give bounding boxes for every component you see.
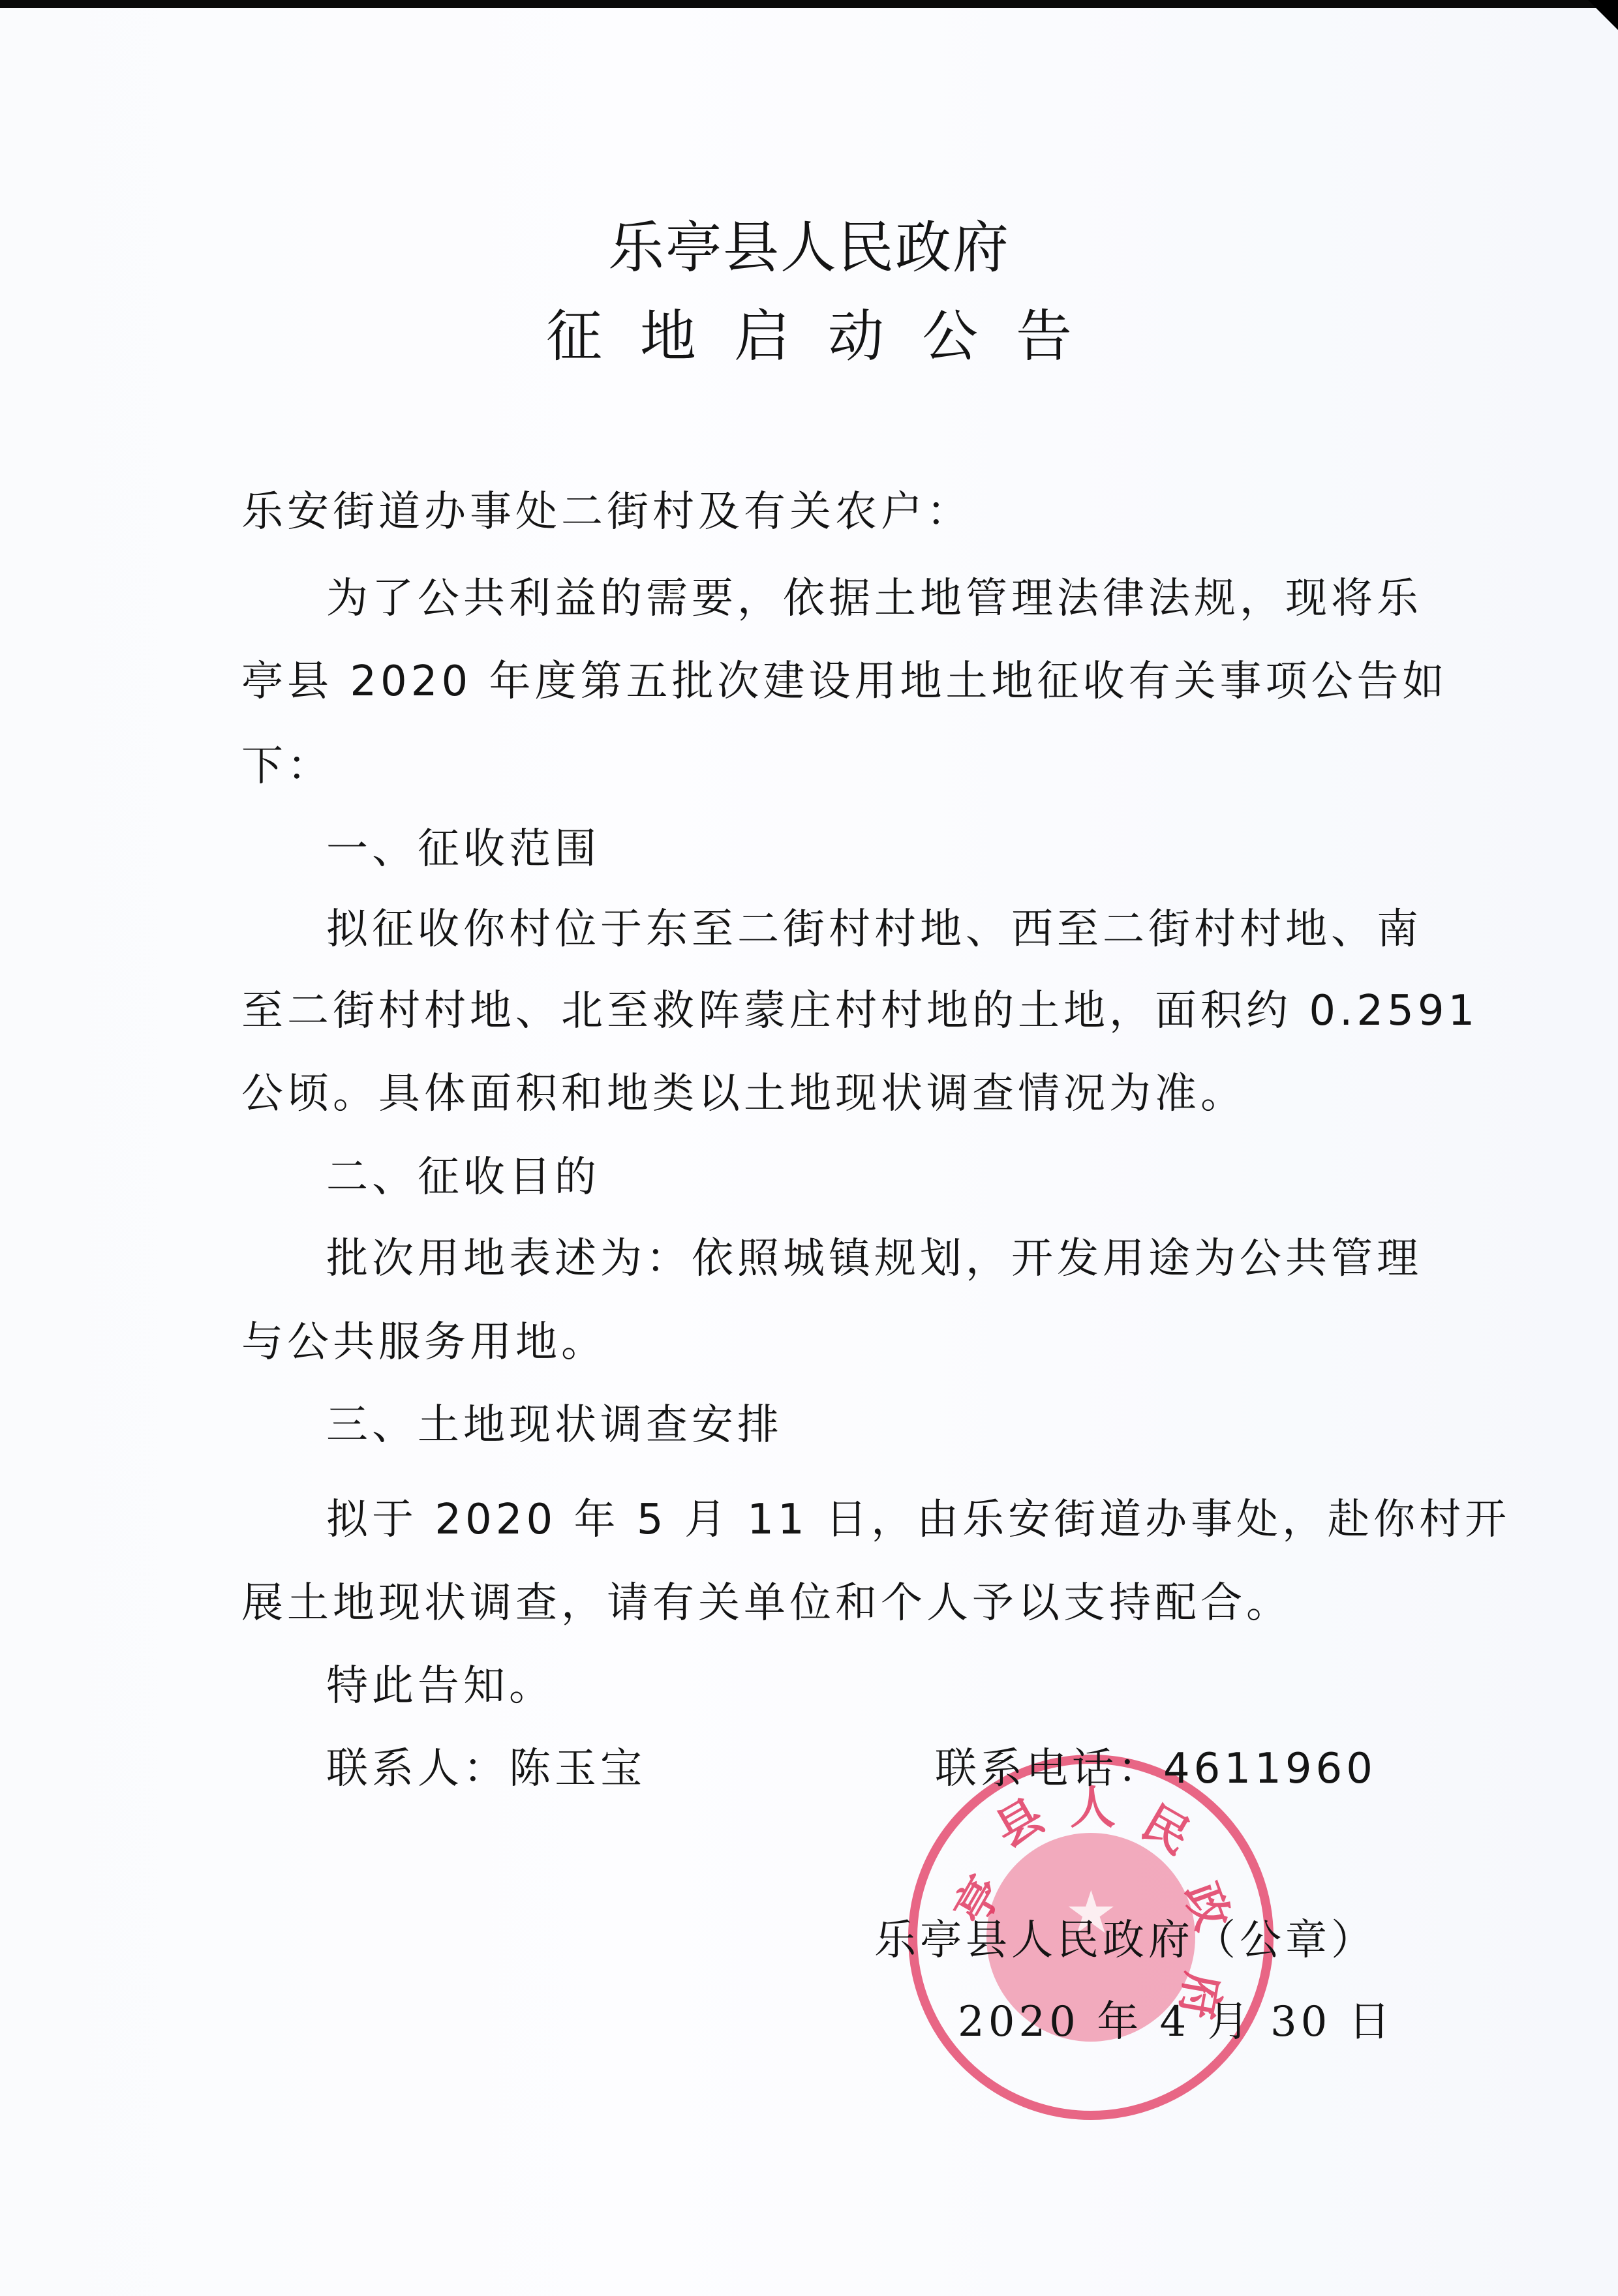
section-heading-survey: 三、土地现状调查安排: [326, 1399, 1468, 1451]
scan-top-edge: [0, 0, 1618, 8]
section-heading-scope: 一、征收范围: [326, 823, 1468, 875]
intro-line-1: 为了公共利益的需要，依据土地管理法律法规，现将乐: [326, 573, 1468, 625]
survey-line-1: 拟于 2020 年 5 月 11 日，由乐安街道办事处，赴你村开: [326, 1494, 1468, 1546]
salutation: 乐安街道办事处二街村及有关农户：: [241, 486, 1383, 538]
section-heading-purpose: 二、征收目的: [326, 1151, 1468, 1203]
scope-line-2: 至二街村村地、北至救阵蒙庄村村地的土地，面积约 0.2591: [241, 985, 1383, 1037]
purpose-line-2: 与公共服务用地。: [241, 1316, 1383, 1368]
closing-remark: 特此告知。: [326, 1660, 1468, 1712]
issue-date: 2020 年 4 月 30 日: [958, 1996, 1394, 2048]
purpose-line-1: 批次用地表述为：依照城镇规划，开发用途为公共管理: [326, 1233, 1468, 1285]
intro-line-3: 下：: [241, 740, 1383, 793]
signatory: 乐亭县人民政府（公章）: [874, 1914, 1377, 1967]
notice-title: 征地启动公告: [0, 304, 1618, 369]
scope-line-1: 拟征收你村位于东至二街村村地、西至二街村村地、南: [326, 903, 1468, 956]
scan-corner: [1588, 0, 1618, 30]
issuer-title: 乐亭县人民政府: [0, 215, 1618, 280]
survey-line-2: 展土地现状调查，请有关单位和个人予以支持配合。: [241, 1577, 1383, 1629]
contact-phone: 联系电话：4611960: [935, 1743, 1377, 1795]
intro-line-2: 亭县 2020 年度第五批次建设用地土地征收有关事项公告如: [241, 656, 1383, 708]
scope-line-3: 公顷。具体面积和地类以土地现状调查情况为准。: [241, 1068, 1383, 1120]
